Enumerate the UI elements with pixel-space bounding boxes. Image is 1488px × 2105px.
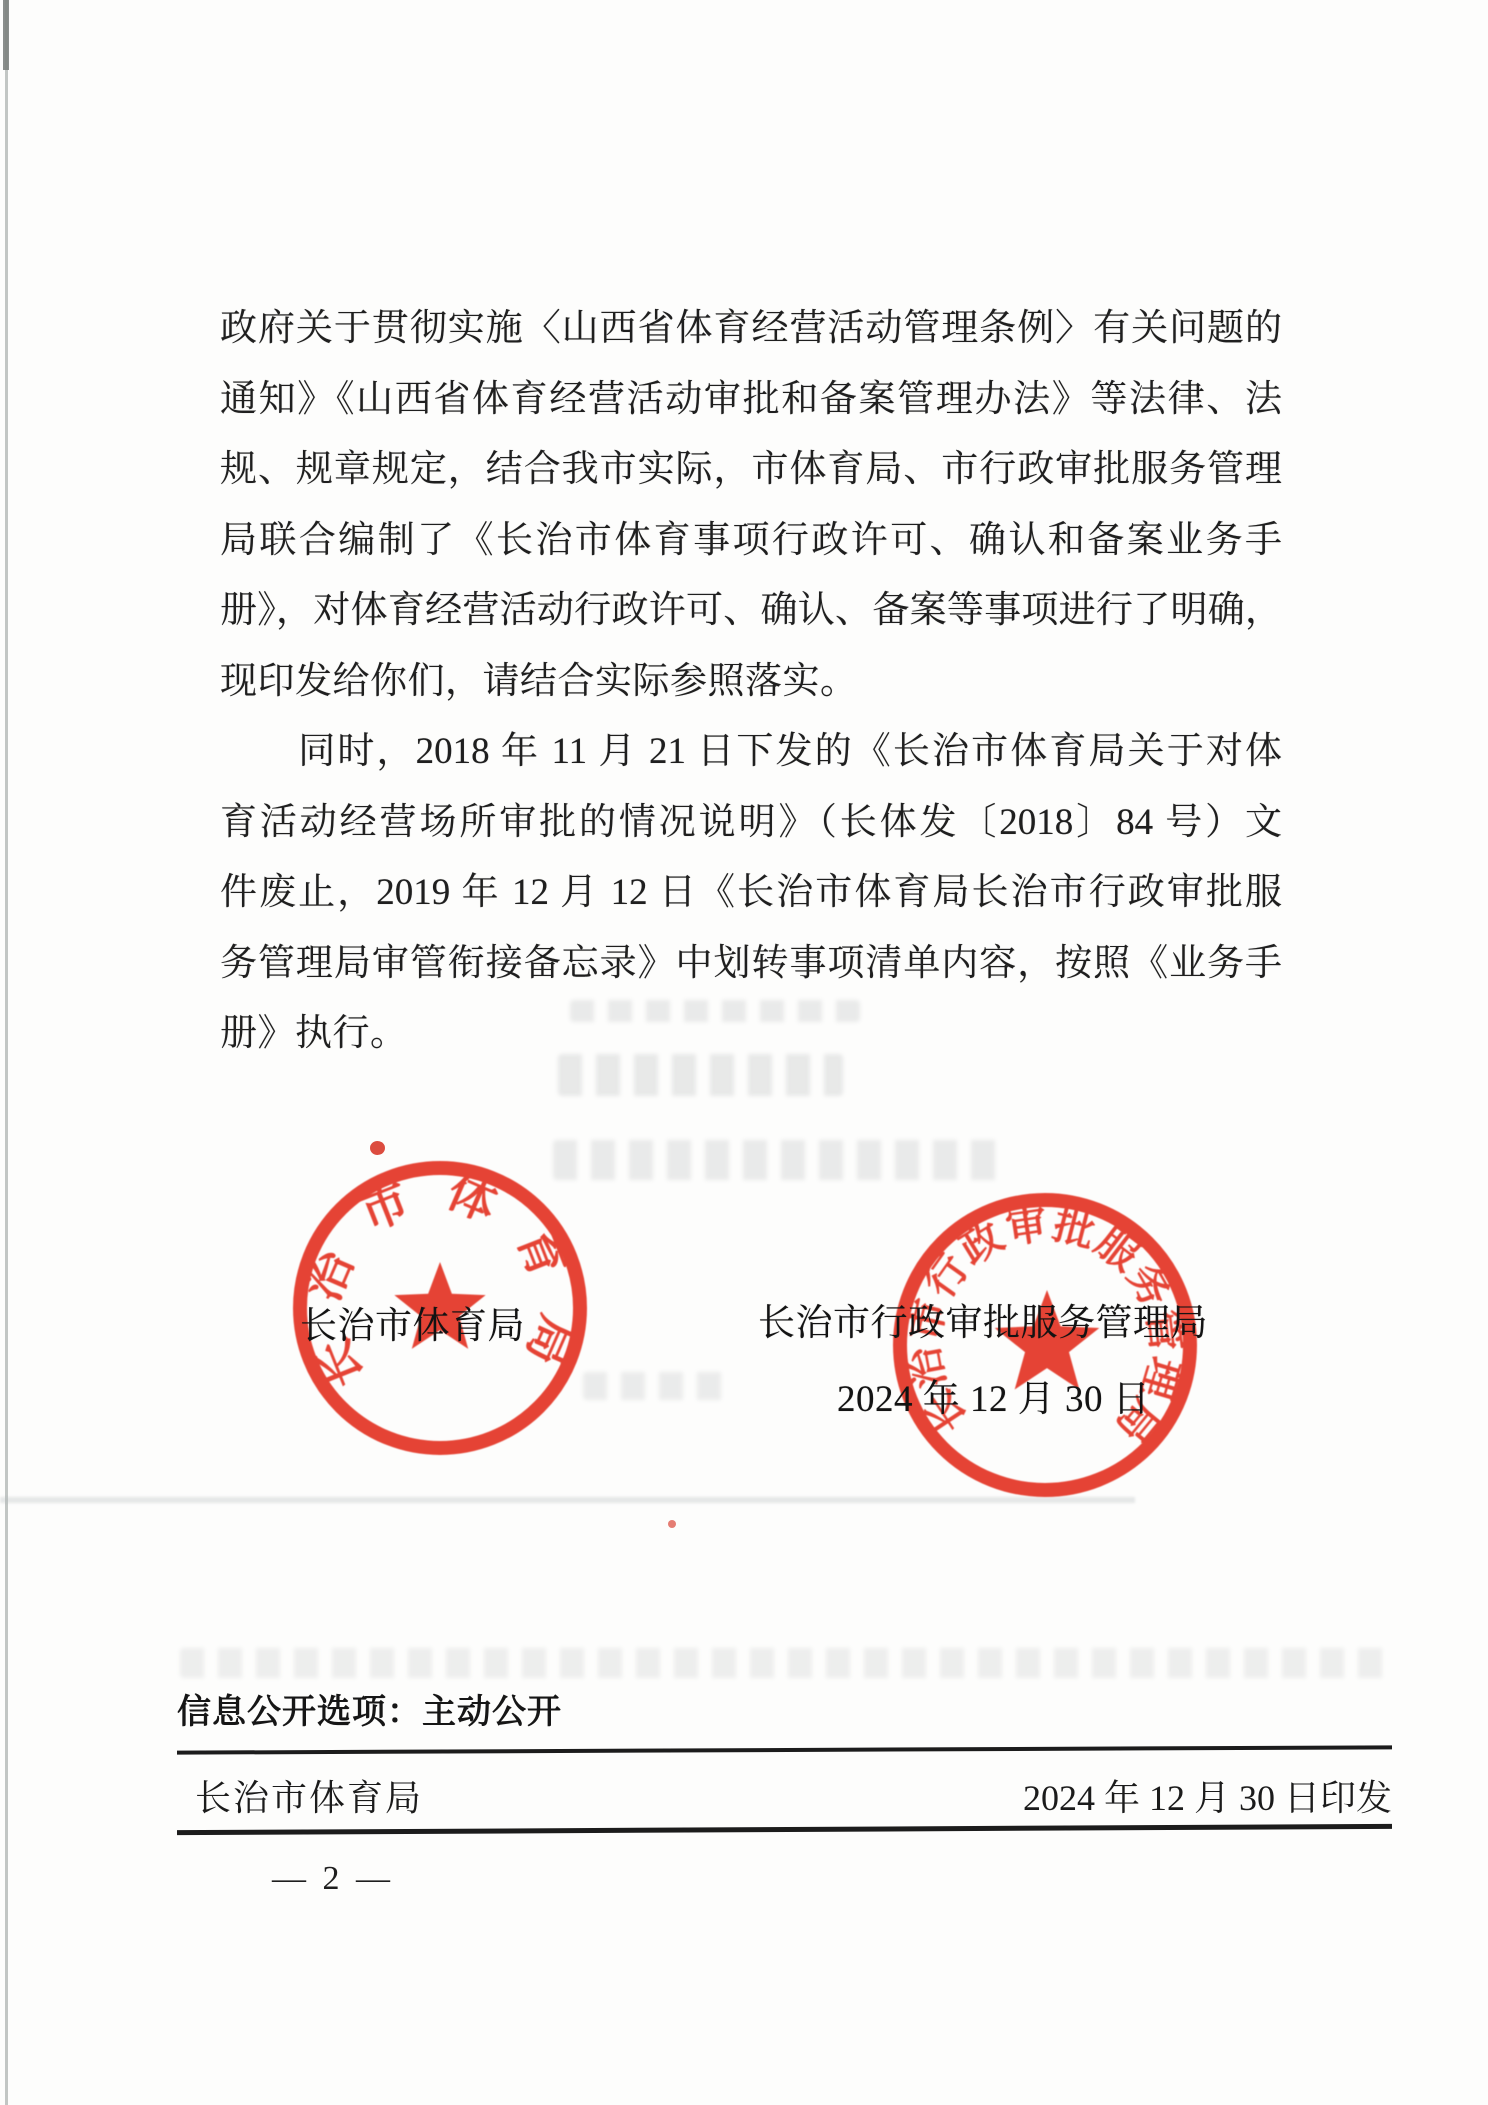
scan-edge-mark [3, 0, 9, 70]
print-date: 2024 年 12 月 30 日印发 [1023, 1770, 1392, 1821]
disclosure-line: 信息公开选项：主动公开 [177, 1684, 562, 1733]
footer-rule-bottom [177, 1824, 1392, 1835]
body-line: 务管理局审管衔接备忘录》中划转事项清单内容，按照《业务手 [220, 929, 1282, 1000]
document-page: 政府关于贯彻实施〈山西省体育经营活动管理条例〉有关问题的 通知》《山西省体育经营… [0, 0, 1488, 2105]
disclosure-label: 信息公开选项： [177, 1693, 422, 1731]
footer-rule-top [177, 1745, 1392, 1754]
issuer-name: 长治市体育局 [177, 1770, 423, 1821]
disclosure-value: 主动公开 [422, 1693, 562, 1731]
signature-date: 2024 年 12 月 30 日 [837, 1368, 1150, 1422]
bleed-through-smudge [558, 1054, 843, 1096]
bleed-through-smudge [180, 1648, 1395, 1678]
body-line: 局联合编制了《长治市体育事项行政许可、确认和备案业务手 [220, 506, 1282, 577]
body-line: 册》，对体育经营活动行政许可、确认、备案等事项进行了明确， [220, 576, 1282, 647]
body-line: 通知》《山西省体育经营活动审批和备案管理办法》等法律、法 [220, 365, 1282, 436]
body-line: 件废止，2019 年 12 月 12 日《长治市体育局长治市行政审批服 [220, 858, 1282, 929]
bleed-through-smudge [553, 1140, 1003, 1180]
body-line: 同时，2018 年 11 月 21 日下发的《长治市体育局关于对体 [220, 717, 1282, 788]
page-number: — 2 — [272, 1860, 394, 1898]
body-line: 育活动经营场所审批的情况说明》（长体发〔2018〕84 号）文 [220, 788, 1282, 859]
scan-edge-line [5, 0, 8, 2105]
body-line: 政府关于贯彻实施〈山西省体育经营活动管理条例〉有关问题的 [220, 294, 1282, 365]
seal-ink-speck [668, 1520, 676, 1528]
body-line: 现印发给你们，请结合实际参照落实。 [220, 647, 1282, 718]
body-text: 政府关于贯彻实施〈山西省体育经营活动管理条例〉有关问题的 通知》《山西省体育经营… [220, 294, 1282, 1070]
colophon-row: 长治市体育局 2024 年 12 月 30 日印发 [177, 1770, 1392, 1821]
left-signature-caption: 长治市体育局 [300, 1295, 525, 1349]
body-line: 规、规章规定，结合我市实际，市体育局、市行政审批服务管理 [220, 435, 1282, 506]
bleed-through-smudge [583, 1372, 733, 1400]
right-signature-caption: 长治市行政审批服务管理局 [758, 1292, 1208, 1346]
seal-ink-dot [370, 1141, 385, 1155]
bleed-through-smudge [570, 1000, 860, 1022]
